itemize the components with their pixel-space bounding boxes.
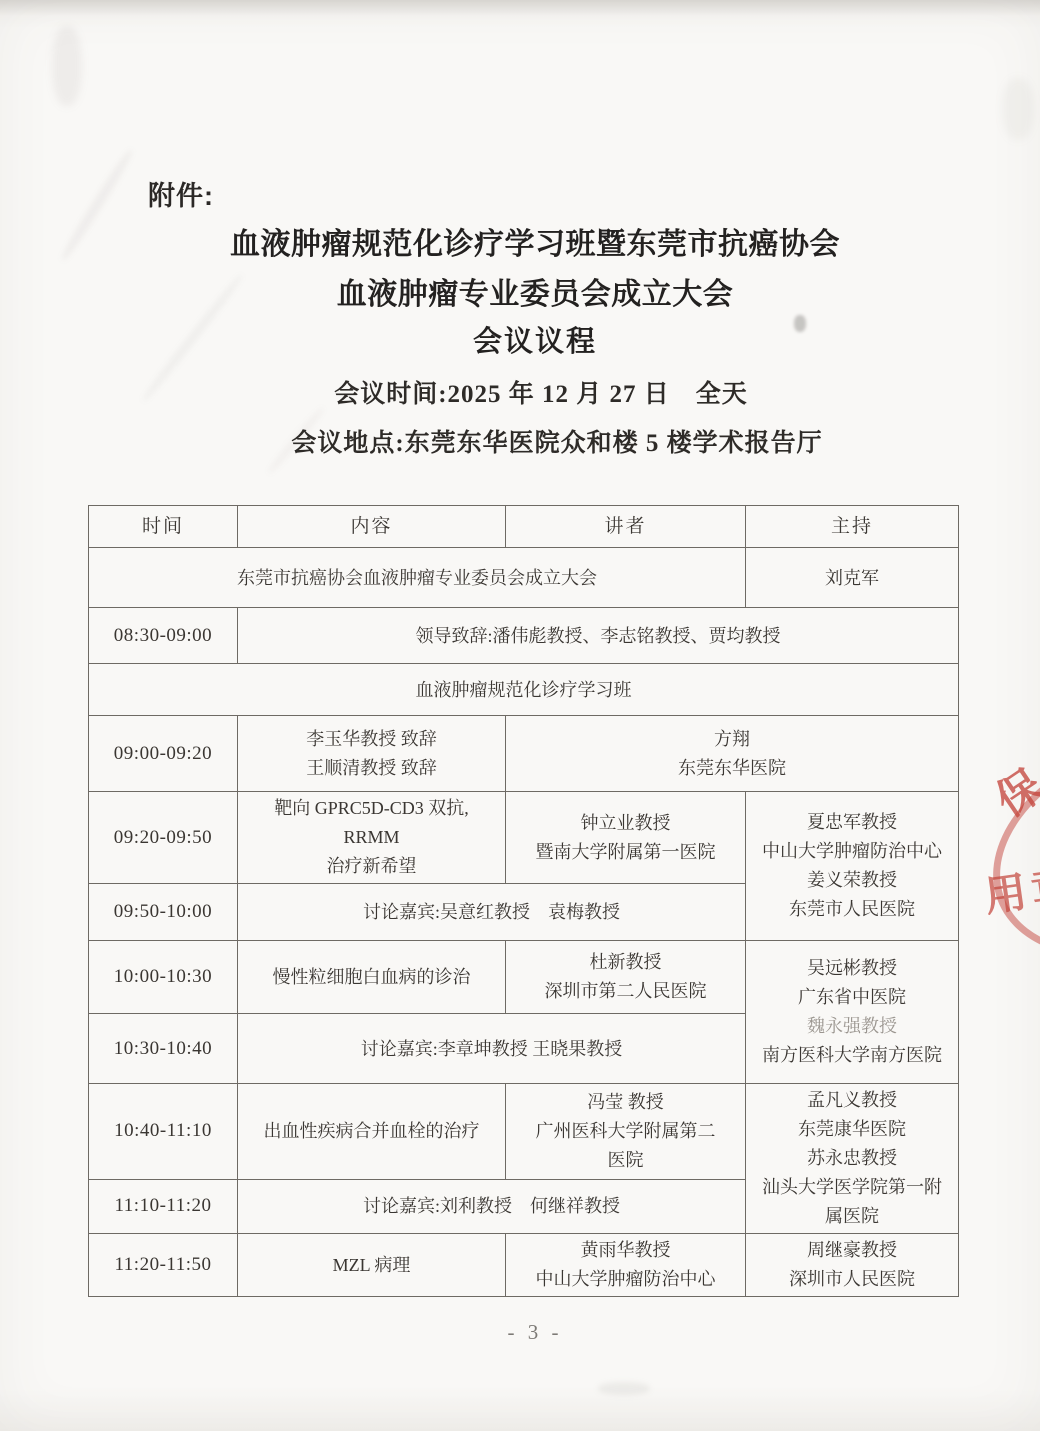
cell-time: 09:00-09:20	[89, 716, 238, 792]
official-seal-partial: 保 用章	[982, 732, 1040, 947]
cell-line: 苏永忠教授	[752, 1144, 952, 1173]
cell-content: 慢性粒细胞白血病的诊治	[238, 941, 506, 1014]
cell-host: 吴远彬教授 广东省中医院 魏永强教授 南方医科大学南方医院	[746, 941, 959, 1084]
page-number: - 3 -	[508, 1320, 563, 1345]
cell-line: 冯莹 教授	[512, 1088, 739, 1117]
attachment-label: 附件:	[148, 174, 214, 213]
cell-line: 中山大学肿瘤防治中心	[752, 837, 952, 866]
pen-mark	[794, 315, 806, 332]
scan-smudge	[140, 272, 246, 404]
cell-line: 暨南大学附属第一医院	[512, 838, 739, 867]
table-row: 09:00-09:20 李玉华教授 致辞 王顺清教授 致辞 方翔 东莞东华医院	[89, 716, 959, 792]
cell-line: 李玉华教授 致辞	[244, 725, 499, 754]
doc-title-line2: 血液肿瘤专业委员会成立大会	[337, 269, 734, 313]
cell-line: 王顺清教授 致辞	[244, 754, 499, 783]
cell-line: 夏忠军教授	[752, 808, 952, 837]
cell-content: 出血性疾病合并血栓的治疗	[238, 1084, 506, 1180]
cell-content: 靶向 GPRC5D-CD3 双抗, RRMM 治疗新希望	[238, 792, 506, 884]
doc-title-agenda: 会议议程	[473, 319, 597, 360]
cell-line: 黄雨华教授	[512, 1236, 739, 1265]
header-speaker: 讲者	[506, 506, 746, 548]
cell-time: 08:30-09:00	[89, 608, 238, 664]
cell-content: 领导致辞:潘伟彪教授、李志铭教授、贾均教授	[238, 608, 959, 664]
doc-title-line1: 血液肿瘤规范化诊疗学习班暨东莞市抗癌协会	[230, 219, 840, 263]
meeting-time-line: 会议时间:2025 年 12 月 27 日 全天	[334, 374, 748, 410]
agenda-table: 时间 内容 讲者 主持 东莞市抗癌协会血液肿瘤专业委员会成立大会 刘克军 08:…	[88, 505, 959, 1297]
cell-line: 深圳市第二人民医院	[512, 977, 739, 1006]
table-row: 08:30-09:00 领导致辞:潘伟彪教授、李志铭教授、贾均教授	[89, 608, 959, 664]
cell-host: 周继豪教授 深圳市人民医院	[746, 1234, 959, 1297]
seal-ring	[982, 732, 1040, 947]
cell-time: 10:40-11:10	[89, 1084, 238, 1180]
cell-host: 刘克军	[746, 548, 959, 608]
cell-line: 吴远彬教授	[752, 954, 952, 983]
cell-line: 医院	[512, 1146, 739, 1175]
cell-line: 东莞东华医院	[512, 754, 952, 783]
header-host: 主持	[746, 506, 959, 548]
table-row: 东莞市抗癌协会血液肿瘤专业委员会成立大会 刘克军	[89, 548, 959, 608]
cell-line: 中山大学肿瘤防治中心	[512, 1265, 739, 1294]
seal-text-top: 保	[982, 751, 1040, 829]
cell-content: MZL 病理	[238, 1234, 506, 1297]
scan-smudge	[1002, 78, 1034, 140]
scan-smudge	[52, 26, 82, 106]
cell-section: 血液肿瘤规范化诊疗学习班	[89, 664, 959, 716]
cell-time: 10:00-10:30	[89, 941, 238, 1014]
cell-content: 李玉华教授 致辞 王顺清教授 致辞	[238, 716, 506, 792]
cell-time: 09:20-09:50	[89, 792, 238, 884]
cell-time: 09:50-10:00	[89, 884, 238, 941]
cell-host: 孟凡义教授 东莞康华医院 苏永忠教授 汕头大学医学院第一附 属医院	[746, 1084, 959, 1234]
cell-content: 东莞市抗癌协会血液肿瘤专业委员会成立大会	[89, 548, 746, 608]
header-time: 时间	[89, 506, 238, 548]
cell-line: 深圳市人民医院	[752, 1265, 952, 1294]
cell-line: 汕头大学医学院第一附	[752, 1173, 952, 1202]
table-row: 09:20-09:50 靶向 GPRC5D-CD3 双抗, RRMM 治疗新希望…	[89, 792, 959, 884]
cell-speaker: 方翔 东莞东华医院	[506, 716, 959, 792]
table-row: 10:00-10:30 慢性粒细胞白血病的诊治 杜新教授 深圳市第二人民医院 吴…	[89, 941, 959, 1014]
cell-line: 靶向 GPRC5D-CD3 双抗, RRMM	[244, 794, 499, 852]
cell-content: 讨论嘉宾:吴意红教授 袁梅教授	[238, 884, 746, 941]
table-row: 10:40-11:10 出血性疾病合并血栓的治疗 冯莹 教授 广州医科大学附属第…	[89, 1084, 959, 1180]
scan-smudge	[58, 147, 135, 263]
cell-speaker: 冯莹 教授 广州医科大学附属第二 医院	[506, 1084, 746, 1180]
cell-line: 姜义荣教授	[752, 866, 952, 895]
cell-content: 讨论嘉宾:刘利教授 何继祥教授	[238, 1179, 746, 1233]
cell-line: 东莞康华医院	[752, 1115, 952, 1144]
table-header-row: 时间 内容 讲者 主持	[89, 506, 959, 548]
cell-time: 11:20-11:50	[89, 1234, 238, 1297]
header-content: 内容	[238, 506, 506, 548]
meeting-place-line: 会议地点:东莞东华医院众和楼 5 楼学术报告厅	[291, 423, 822, 459]
cell-line: 杜新教授	[512, 948, 739, 977]
cell-line: 治疗新希望	[244, 852, 499, 881]
table-row: 11:20-11:50 MZL 病理 黄雨华教授 中山大学肿瘤防治中心 周继豪教…	[89, 1234, 959, 1297]
cell-content: 讨论嘉宾:李章坤教授 王晓果教授	[238, 1014, 746, 1084]
cell-speaker: 杜新教授 深圳市第二人民医院	[506, 941, 746, 1014]
document-page: 附件: 血液肿瘤规范化诊疗学习班暨东莞市抗癌协会 血液肿瘤专业委员会成立大会 会…	[0, 0, 1040, 1431]
cell-line: 东莞市人民医院	[752, 895, 952, 924]
cell-time: 10:30-10:40	[89, 1014, 238, 1084]
cell-line: 属医院	[752, 1202, 952, 1231]
table-row: 血液肿瘤规范化诊疗学习班	[89, 664, 959, 716]
scan-smudge	[598, 1382, 650, 1395]
cell-time: 11:10-11:20	[89, 1179, 238, 1233]
cell-speaker: 黄雨华教授 中山大学肿瘤防治中心	[506, 1234, 746, 1297]
cell-line: 方翔	[512, 725, 952, 754]
cell-line: 孟凡义教授	[752, 1086, 952, 1115]
cell-line: 广东省中医院	[752, 983, 952, 1012]
cell-line: 钟立业教授	[512, 809, 739, 838]
cell-line: 南方医科大学南方医院	[752, 1041, 952, 1070]
cell-speaker: 钟立业教授 暨南大学附属第一医院	[506, 792, 746, 884]
cell-line: 广州医科大学附属第二	[512, 1117, 739, 1146]
cell-line: 周继豪教授	[752, 1236, 952, 1265]
cell-host: 夏忠军教授 中山大学肿瘤防治中心 姜义荣教授 东莞市人民医院	[746, 792, 959, 941]
seal-text-bottom: 用章	[982, 852, 1040, 925]
cell-line: 魏永强教授	[752, 1012, 952, 1041]
